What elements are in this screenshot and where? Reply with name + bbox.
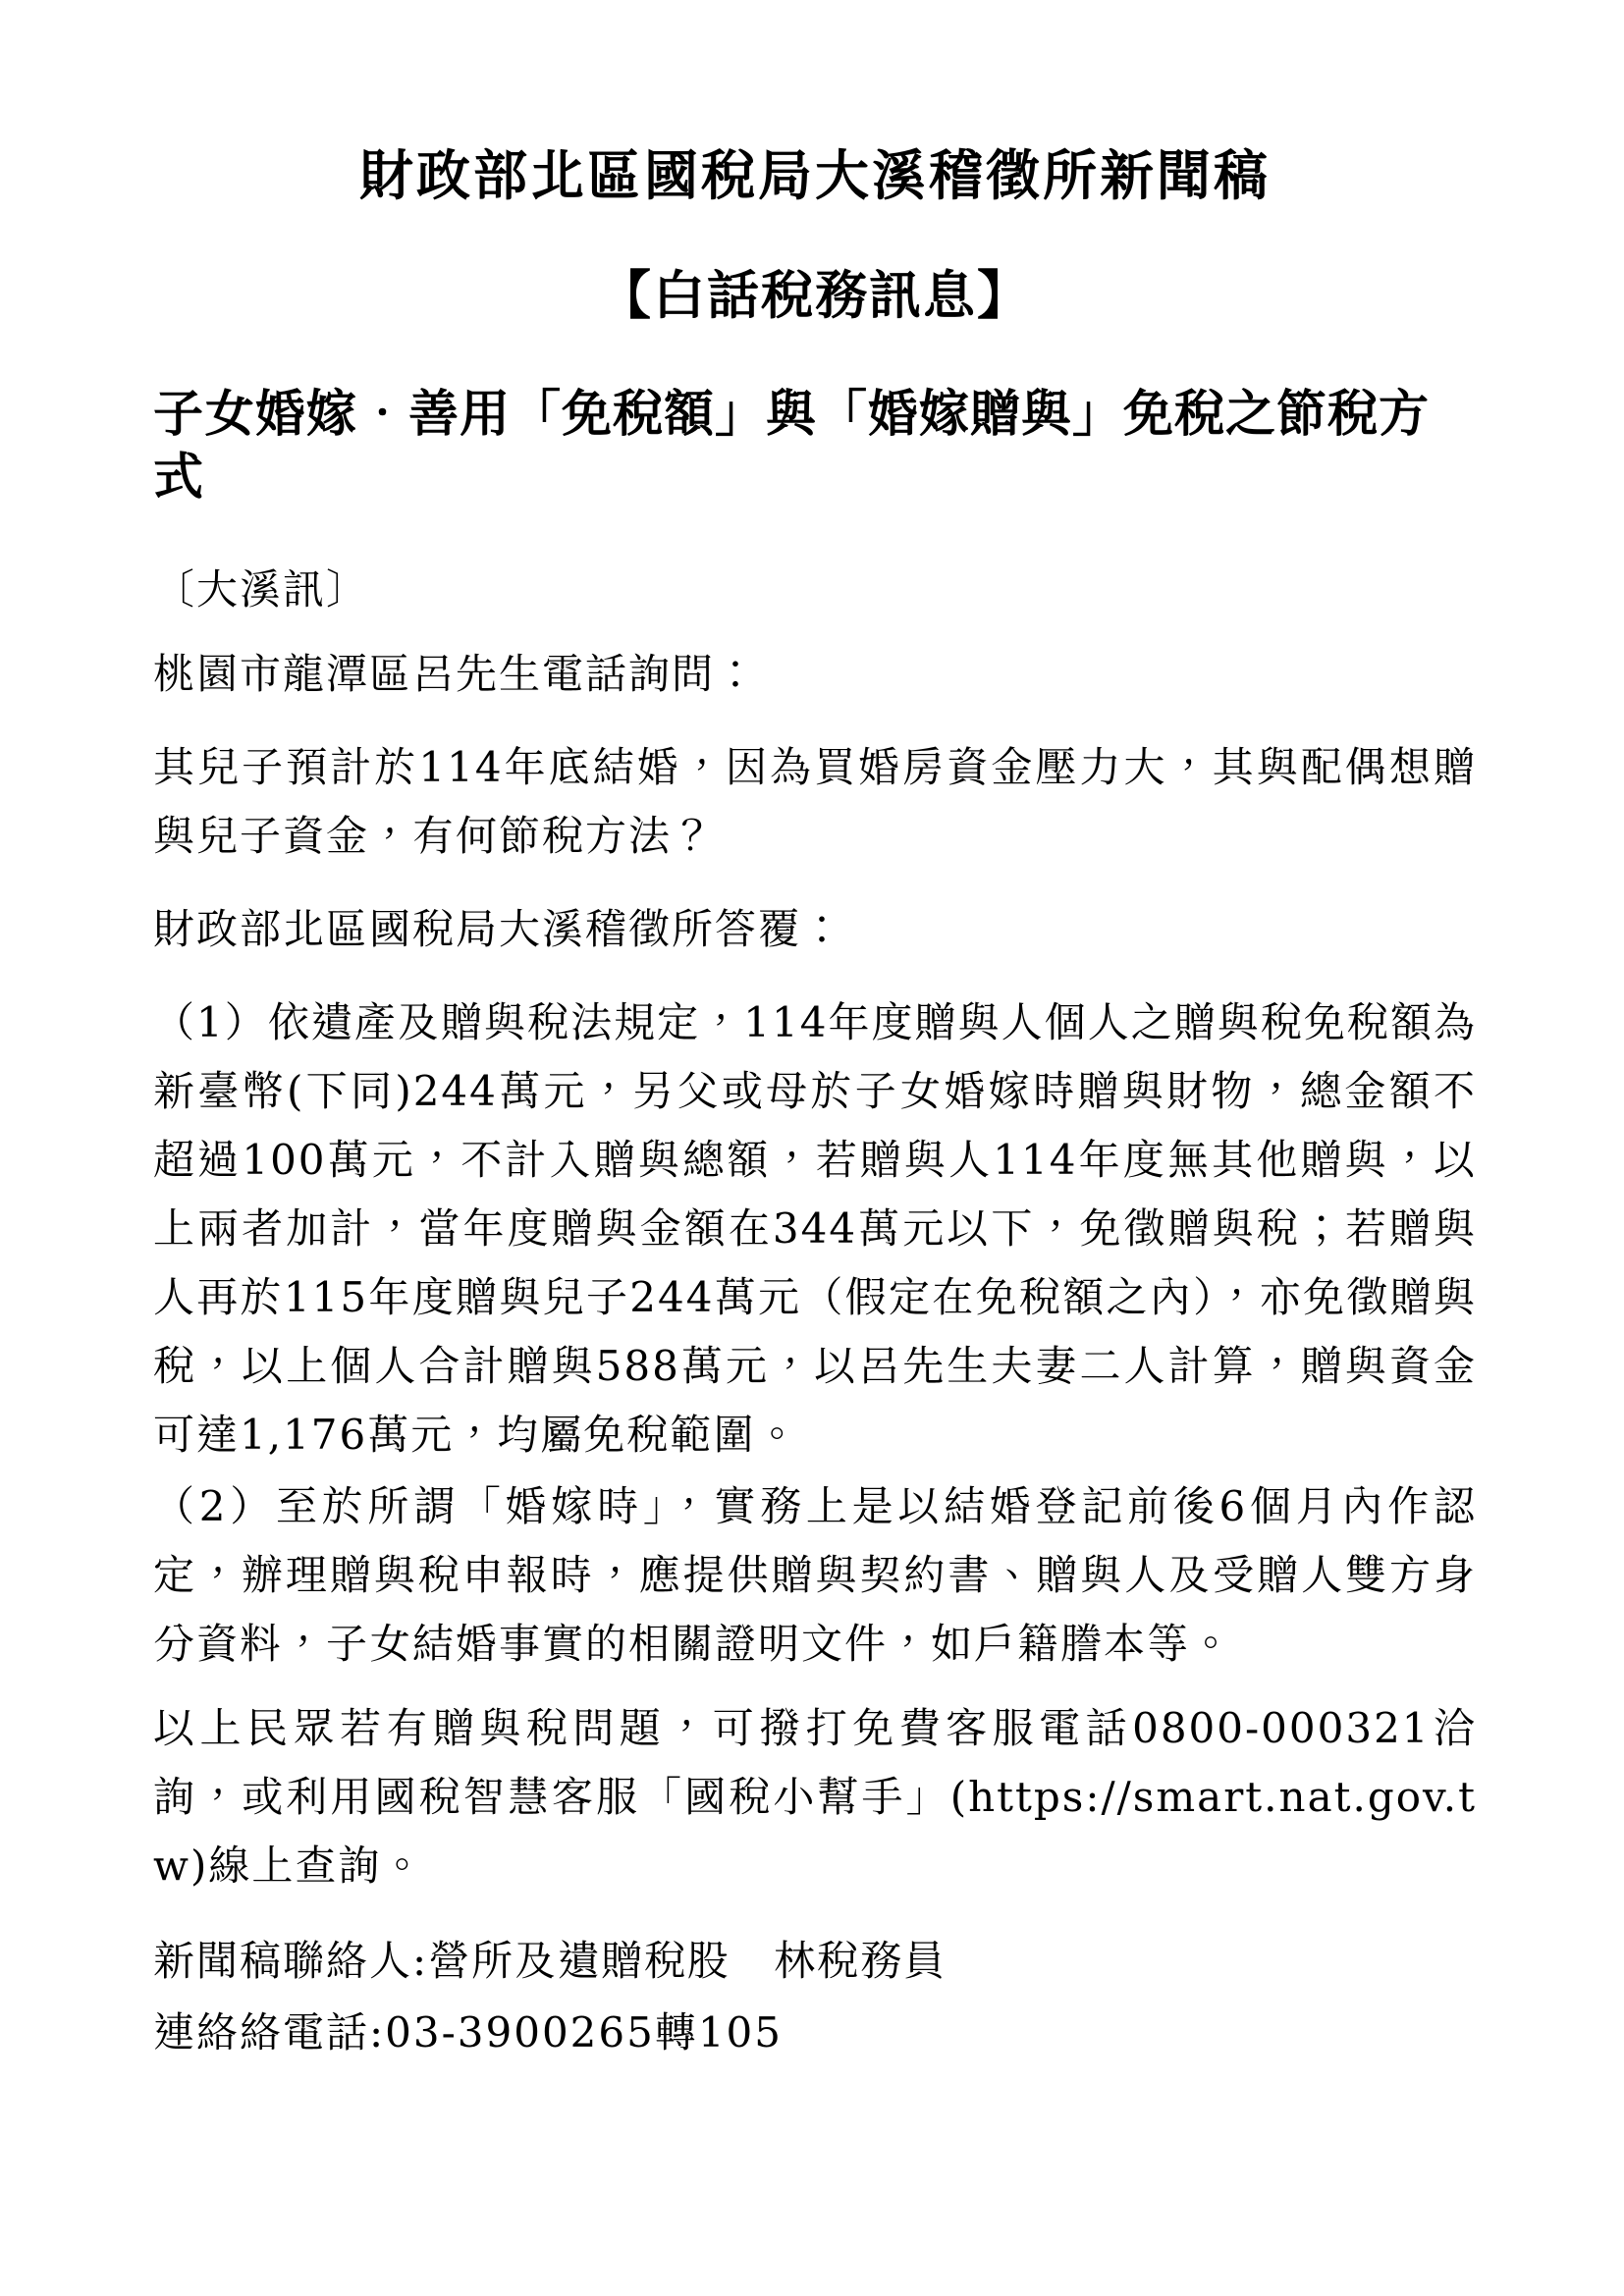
question-intro: 桃園市龍潭區呂先生電話詢問： — [153, 640, 1477, 709]
contact-person-line: 新聞稿聯絡人:營所及遺贈稅股 林稅務員 — [153, 1927, 1477, 1996]
document-subtitle: 【白話稅務訊息】 — [153, 265, 1477, 326]
contact-phone-line: 連絡絡電話:03-3900265轉105 — [153, 1999, 1477, 2067]
answer-item-2: （2）至於所謂「婚嫁時」，實務上是以結婚登記前後6個月內作認定，辦理贈與稅申報時… — [153, 1472, 1477, 1679]
dateline: 〔大溪訊〕 — [153, 556, 1477, 624]
document-title: 財政部北區國稅局大溪稽徵所新聞稿 — [153, 145, 1477, 206]
answer-intro: 財政部北區國稅局大溪稽徵所答覆： — [153, 895, 1477, 964]
press-release-page: 財政部北區國稅局大溪稽徵所新聞稿 【白話稅務訊息】 子女婚嫁‧善用「免稅額」與「… — [0, 0, 1624, 2296]
article-heading: 子女婚嫁‧善用「免稅額」與「婚嫁贈與」免稅之節稅方式 — [153, 383, 1477, 508]
answer-item-1: （1）依遺產及贈與稅法規定，114年度贈與人個人之贈與稅免稅額為新臺幣(下同)2… — [153, 988, 1477, 1469]
closing-paragraph: 以上民眾若有贈與稅問題，可撥打免費客服電話0800-000321洽詢，或利用國稅… — [153, 1694, 1477, 1900]
question-text: 其兒子預計於114年底結婚，因為買婚房資金壓力大，其與配偶想贈與兒子資金，有何節… — [153, 733, 1477, 871]
